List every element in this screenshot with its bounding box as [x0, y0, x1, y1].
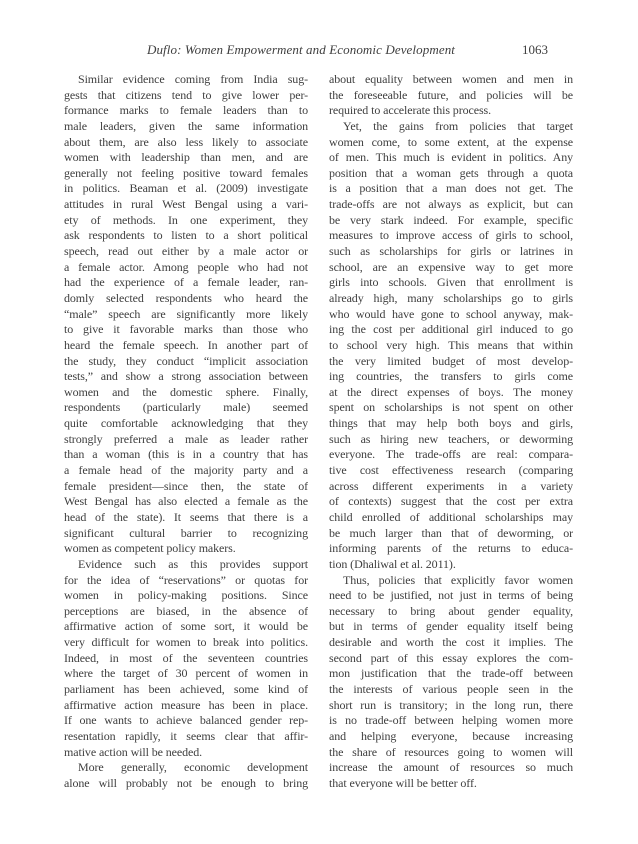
text-line: spent on scholarships is not spent on ot… [329, 400, 573, 416]
text-line: speech, read out either by a male actor … [64, 244, 308, 260]
text-line: the study, they conduct “implicit associ… [64, 354, 308, 370]
text-line: across different experiments in a variet… [329, 479, 573, 495]
text-line: trade-offs are not always as explicit, b… [329, 197, 573, 213]
text-line: increase the amount of resources so much [329, 760, 573, 776]
text-line: everyone. The trade-offs are real: compa… [329, 447, 573, 463]
text-line: head of the state). It seems that there … [64, 510, 308, 526]
text-line: If one wants to achieve balanced gender … [64, 713, 308, 729]
text-line: the share of resources going to women wi… [329, 745, 573, 761]
text-line: things that may help both boys and girls… [329, 416, 573, 432]
text-line: “male” speech are significantly more lik… [64, 307, 308, 323]
text-line: is no trade-off between helping women mo… [329, 713, 573, 729]
text-line: formance marks to female leaders than to [64, 103, 308, 119]
text-line: than a woman (this is in a country that … [64, 447, 308, 463]
text-line: measures to improve access of girls to s… [329, 228, 573, 244]
text-line: and helping everyone, because increasing [329, 729, 573, 745]
text-line: ask respondents to listen to a short pol… [64, 228, 308, 244]
text-line: perceptions are biased, in the absence o… [64, 604, 308, 620]
text-line: mon justification that the trade-off bet… [329, 666, 573, 682]
text-line: generally not feeling positive toward fe… [64, 166, 308, 182]
text-line: domly selected respondents who heard the [64, 291, 308, 307]
journal-page: Duflo: Women Empowerment and Economic De… [0, 0, 638, 844]
text-line: parliament has been achieved, some kind … [64, 682, 308, 698]
text-line: West Bengal has also elected a female as… [64, 494, 308, 510]
text-line: affirmative action measure has been in p… [64, 698, 308, 714]
text-line: tion (Dhaliwal et al. 2011). [329, 557, 573, 573]
text-line: required to accelerate this process. [329, 103, 573, 119]
text-line: More generally, economic development [64, 760, 308, 776]
page-header: Duflo: Women Empowerment and Economic De… [64, 42, 573, 60]
text-line: significant cultural barrier to recogniz… [64, 526, 308, 542]
text-line: tive cost effectiveness research (compar… [329, 463, 573, 479]
text-line: need to be justified, not just in terms … [329, 588, 573, 604]
text-line: women and the domestic sphere. Finally, [64, 385, 308, 401]
text-line: a female head of the majority party and … [64, 463, 308, 479]
text-line: be very stark indeed. For example, speci… [329, 213, 573, 229]
text-line: but in terms of gender equality itself b… [329, 619, 573, 635]
running-title: Duflo: Women Empowerment and Economic De… [64, 42, 538, 58]
text-line: ing the cost per additional girl induced… [329, 322, 573, 338]
text-line: about them, are also less likely to asso… [64, 135, 308, 151]
text-columns: Similar evidence coming from India sug-g… [64, 72, 573, 791]
text-line: female president—since then, the state o… [64, 479, 308, 495]
text-line: male leaders, given the same information [64, 119, 308, 135]
text-line: that everyone will be better off. [329, 776, 573, 792]
text-line: to give it favorable marks than those wh… [64, 322, 308, 338]
text-line: mative action will be needed. [64, 745, 308, 761]
text-line: women as competent policy makers. [64, 541, 308, 557]
text-line: Indeed, in most of the seventeen countri… [64, 651, 308, 667]
text-line: women with leadership than men, and are [64, 150, 308, 166]
text-line: attitudes in rural West Bengal using a v… [64, 197, 308, 213]
text-line: women in policy-making positions. Since [64, 588, 308, 604]
text-line: gests that citizens tend to give lower p… [64, 88, 308, 104]
text-line: second part of this essay explores the c… [329, 651, 573, 667]
text-line: alone will probably not be enough to bri… [64, 776, 308, 792]
text-line: a female actor. Among people who had not [64, 260, 308, 276]
text-line: such as scholarships for girls or latrin… [329, 244, 573, 260]
text-line: Thus, policies that explicitly favor wom… [329, 573, 573, 589]
text-line: respondents (particularly male) seemed [64, 400, 308, 416]
text-line: about equality between women and men in [329, 72, 573, 88]
text-line: such as hiring new teachers, or dewormin… [329, 432, 573, 448]
text-line: girls into schools. Given that enrollmen… [329, 275, 573, 291]
text-line: of men. This much is evident in politics… [329, 150, 573, 166]
text-line: is a position that a man does not get. T… [329, 181, 573, 197]
text-line: informing parents of the returns to educ… [329, 541, 573, 557]
text-line: desirable and worth the cost it implies.… [329, 635, 573, 651]
text-line: strongly preferred a male as leader rath… [64, 432, 308, 448]
text-line: already high, many scholarships go to gi… [329, 291, 573, 307]
text-line: child enrolled of additional scholarship… [329, 510, 573, 526]
text-line: school, are an expensive way to get more [329, 260, 573, 276]
text-line: Evidence such as this provides support [64, 557, 308, 573]
text-line: where the target of 30 percent of women … [64, 666, 308, 682]
text-line: quite comfortable acknowledging that the… [64, 416, 308, 432]
text-line: to school very high. This means that wit… [329, 338, 573, 354]
text-line: in politics. Beaman et al. (2009) invest… [64, 181, 308, 197]
text-line: short run is transitory; in the long run… [329, 698, 573, 714]
text-line: ing countries, the transfers to girls co… [329, 369, 573, 385]
page-number: 1063 [522, 42, 548, 58]
text-line: for the idea of “reservations” or quotas… [64, 573, 308, 589]
text-line: affirmative action of some sort, it woul… [64, 619, 308, 635]
text-line: heard the female speech. In another part… [64, 338, 308, 354]
right-column: about equality between women and men int… [329, 72, 573, 791]
text-line: of contexts) suggest that the cost per e… [329, 494, 573, 510]
text-line: Yet, the gains from policies that target [329, 119, 573, 135]
text-line: ety of methods. In one experiment, they [64, 213, 308, 229]
left-column: Similar evidence coming from India sug-g… [64, 72, 308, 791]
text-line: the foreseeable future, and policies wil… [329, 88, 573, 104]
text-line: the interests of various people seen in … [329, 682, 573, 698]
text-line: be much larger than that of deworming, o… [329, 526, 573, 542]
text-line: necessary to bring about gender equality… [329, 604, 573, 620]
text-line: women come, to some extent, at the expen… [329, 135, 573, 151]
text-line: tests,” and show a strong association be… [64, 369, 308, 385]
text-line: at the direct expenses of boys. The mone… [329, 385, 573, 401]
text-line: who would have gone to school anyway, ma… [329, 307, 573, 323]
text-line: position that a woman gets through a quo… [329, 166, 573, 182]
text-line: very difficult for women to break into p… [64, 635, 308, 651]
text-line: resentation rapidly, it seems clear that… [64, 729, 308, 745]
text-line: Similar evidence coming from India sug- [64, 72, 308, 88]
text-line: the very limited budget of most develop- [329, 354, 573, 370]
text-line: had the experience of a female leader, r… [64, 275, 308, 291]
